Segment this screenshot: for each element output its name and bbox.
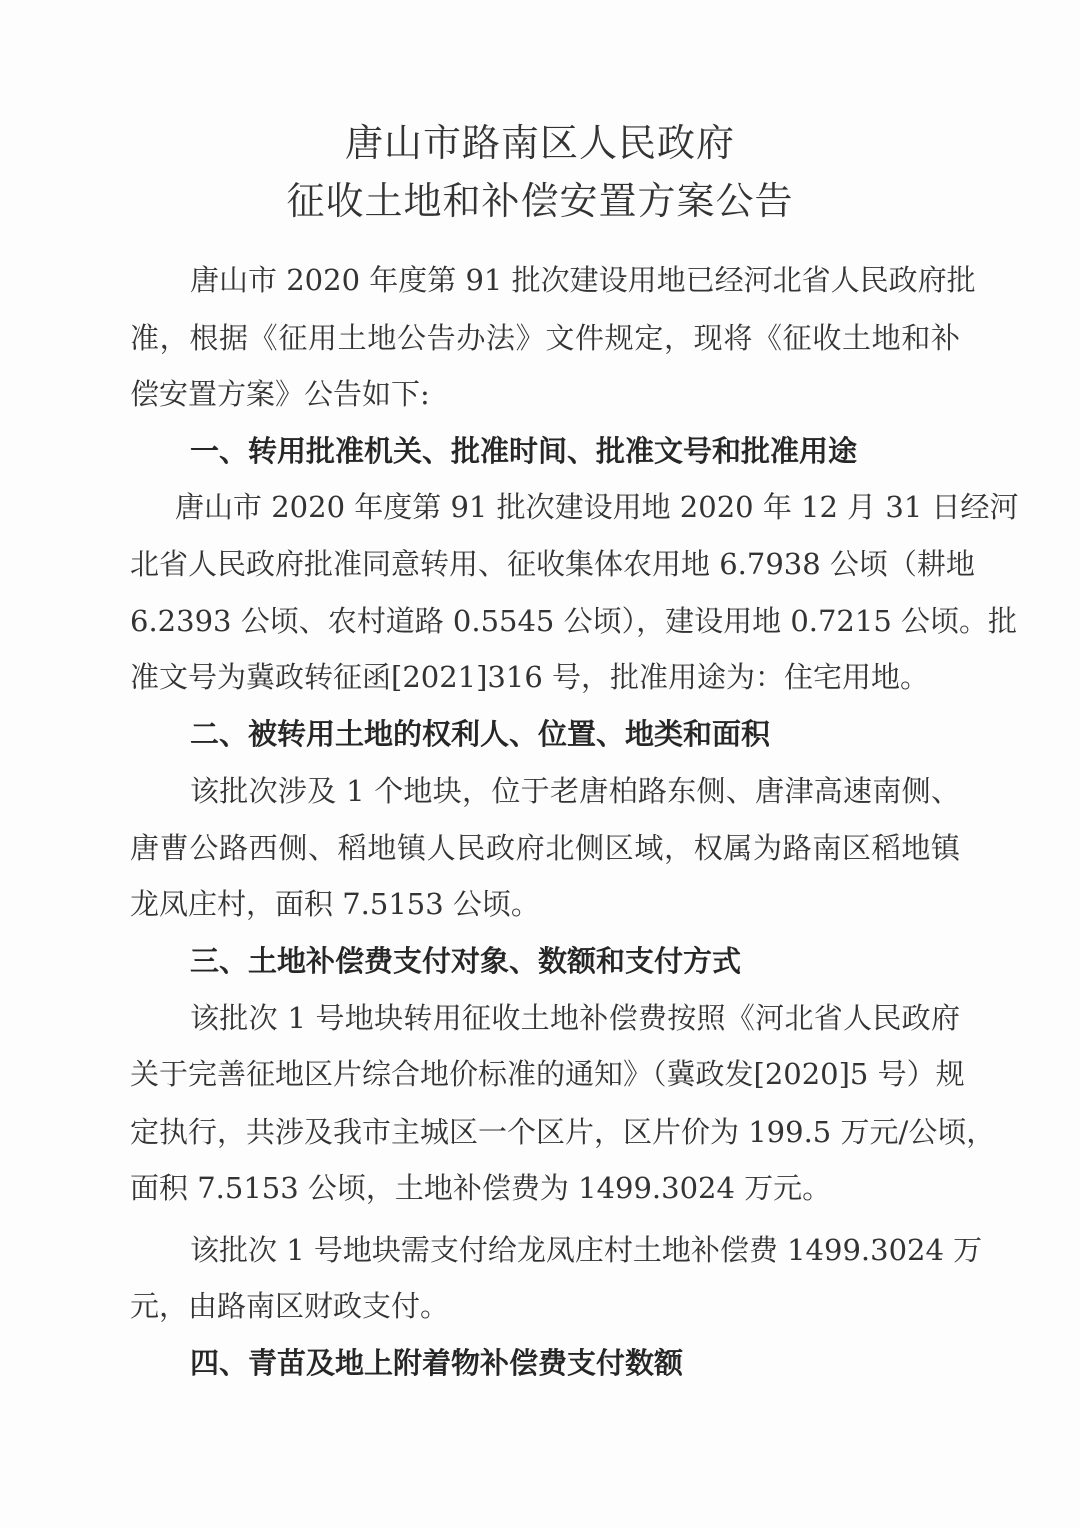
section-2-line-3: 龙凤庄村，面积 7.5153 公顷。 (130, 884, 960, 924)
section-3-p1-line-2: 关于完善征地区片综合地价标准的通知》（冀政发[2020]5 号）规 (130, 1054, 960, 1094)
intro-line-3: 偿安置方案》公告如下: (130, 374, 960, 414)
section-2-line-1: 该批次涉及 1 个地块，位于老唐柏路东侧、唐津高速南侧、 (190, 771, 960, 811)
section-3-p2-line-2: 元，由路南区财政支付。 (130, 1286, 960, 1326)
document-title-line-2: 征收土地和补偿安置方案公告 (0, 170, 1080, 225)
section-3-p2-line-1: 该批次 1 号地块需支付给龙凤庄村土地补偿费 1499.3024 万 (190, 1230, 960, 1270)
section-1-line-4: 准文号为冀政转征函[2021]316 号，批准用途为：住宅用地。 (130, 657, 960, 697)
intro-line-1: 唐山市 2020 年度第 91 批次建设用地已经河北省人民政府批 (190, 260, 960, 300)
section-4-heading: 四、青苗及地上附着物补偿费支付数额 (190, 1343, 960, 1383)
document-page: 唐山市路南区人民政府 征收土地和补偿安置方案公告 唐山市 2020 年度第 91… (0, 0, 1080, 1528)
section-2-heading: 二、被转用土地的权利人、位置、地类和面积 (190, 714, 960, 754)
section-3-p1-line-3: 定执行，共涉及我市主城区一个区片，区片价为 199.5 万元/公顷， (130, 1112, 960, 1152)
intro-line-2: 准，根据《征用土地公告办法》文件规定，现将《征收土地和补 (130, 318, 960, 358)
section-2-line-2: 唐曹公路西侧、稻地镇人民政府北侧区域，权属为路南区稻地镇 (130, 828, 960, 868)
section-3-p1-line-1: 该批次 1 号地块转用征收土地补偿费按照《河北省人民政府 (190, 998, 960, 1038)
section-1-line-2: 北省人民政府批准同意转用、征收集体农用地 6.7938 公顷（耕地 (130, 544, 960, 584)
document-title-line-1: 唐山市路南区人民政府 (0, 112, 1080, 167)
section-1-line-1: 唐山市 2020 年度第 91 批次建设用地 2020 年 12 月 31 日经… (175, 487, 960, 527)
section-3-p1-line-4: 面积 7.5153 公顷，土地补偿费为 1499.3024 万元。 (130, 1168, 960, 1208)
section-1-heading: 一、转用批准机关、批准时间、批准文号和批准用途 (190, 431, 960, 471)
section-1-line-3: 6.2393 公顷、农村道路 0.5545 公顷），建设用地 0.7215 公顷… (130, 601, 960, 641)
section-3-heading: 三、土地补偿费支付对象、数额和支付方式 (190, 941, 960, 981)
